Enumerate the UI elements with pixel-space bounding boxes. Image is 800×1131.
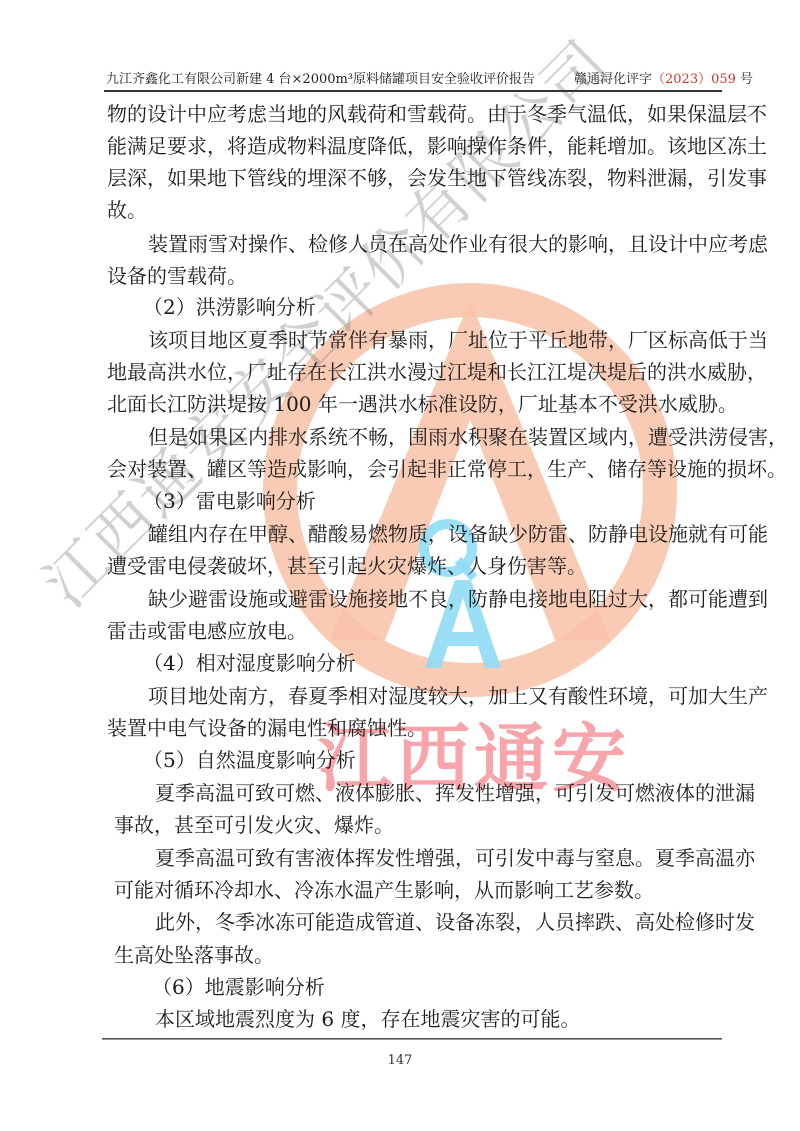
body-line: 缺少避雷设施或避雷设施接地不良，防静电接地电阻过大，都可能遭到 (148, 587, 720, 611)
document-number: 赣通浔化评字（2023）059 号 (574, 68, 753, 87)
page-content: 九江齐鑫化工有限公司新建 4 台×2000m³原料储罐项目安全验收评价报告 赣通… (0, 0, 800, 1131)
doc-number-suffix: 号 (736, 72, 753, 87)
body-line: 本区域地震烈度为 6 度，存在地震灾害的可能。 (155, 1007, 580, 1031)
page-number: 147 (0, 1053, 800, 1068)
section-heading-lightning: （3）雷电影响分析 (143, 489, 316, 513)
body-line: 地最高洪水位，厂址存在长江洪水漫过江堤和长江江堤决堤后的洪水威胁， (107, 360, 720, 384)
body-line: 会对装置、罐区等造成影响，会引起非正常停工，生产、储存等设施的损坏。 (107, 457, 720, 481)
body-line: 夏季高温可致可燃、液体膨胀、挥发性增强，可引发可燃液体的泄漏 (155, 781, 715, 805)
section-heading-earthquake: （6）地震影响分析 (152, 975, 325, 999)
body-line: 事故，甚至可引发火灾、爆炸。 (114, 813, 394, 837)
header-divider (104, 90, 722, 92)
body-line: 但是如果区内排水系统不畅，围雨水积聚在装置区域内，遭受洪涝侵害， (148, 425, 720, 449)
body-line: 能满足要求，将造成物料温度降低，影响操作条件，能耗增加。该地区冻土 (107, 134, 720, 158)
body-line: 故。 (107, 198, 147, 222)
body-line: 遭受雷电侵袭破坏，甚至引起火灾爆炸、人身伤害等。 (107, 554, 587, 578)
body-line: 可能对循环冷却水、冷冻水温产生影响，从而影响工艺参数。 (114, 878, 654, 902)
body-line: 生高处坠落事故。 (114, 943, 274, 967)
body-line: 项目地处南方，春夏季相对湿度较大，加上又有酸性环境，可加大生产 (148, 684, 720, 708)
body-line: 北面长江防洪堤按 100 年一遇洪水标准设防，厂址基本不受洪水威胁。 (107, 392, 738, 416)
section-heading-temperature: （5）自然温度影响分析 (143, 748, 356, 772)
body-line: 物的设计中应考虑当地的风载荷和雪载荷。由于冬季气温低，如果保温层不 (107, 102, 720, 126)
document-page: 江西通安安全评价有限公司 江西通安 九江齐鑫化工有限公司新建 4 台×2000m… (0, 0, 800, 1131)
body-line: 设备的雪载荷。 (107, 264, 247, 288)
body-line: 夏季高温可致有害液体挥发性增强，可引发中毒与窒息。夏季高温亦 (155, 846, 715, 870)
body-line: 装置中电气设备的漏电性和腐蚀性。 (107, 716, 427, 740)
body-line: 罐组内存在甲醇、醋酸易燃物质，设备缺少防雷、防静电设施就有可能 (148, 522, 720, 546)
body-line: 层深，如果地下管线的埋深不够，会发生地下管线冻裂，物料泄漏，引发事 (107, 166, 720, 190)
body-line: 此外，冬季冰冻可能造成管道、设备冻裂，人员摔跌、高处检修时发 (155, 910, 715, 934)
footer-divider (102, 1038, 722, 1039)
body-line: 雷击或雷电感应放电。 (107, 619, 307, 643)
section-heading-humidity: （4）相对湿度影响分析 (143, 651, 356, 675)
report-title-header: 九江齐鑫化工有限公司新建 4 台×2000m³原料储罐项目安全验收评价报告 (106, 68, 535, 87)
doc-number-year: （2023）059 (652, 72, 736, 87)
section-heading-flood: （2）洪涝影响分析 (143, 295, 316, 319)
body-line: 该项目地区夏季时节常伴有暴雨，厂址位于平丘地带，厂区标高低于当 (148, 328, 720, 352)
body-line: 装置雨雪对操作、检修人员在高处作业有很大的影响，且设计中应考虑 (148, 232, 720, 256)
doc-number-prefix: 赣通浔化评字 (574, 72, 652, 87)
